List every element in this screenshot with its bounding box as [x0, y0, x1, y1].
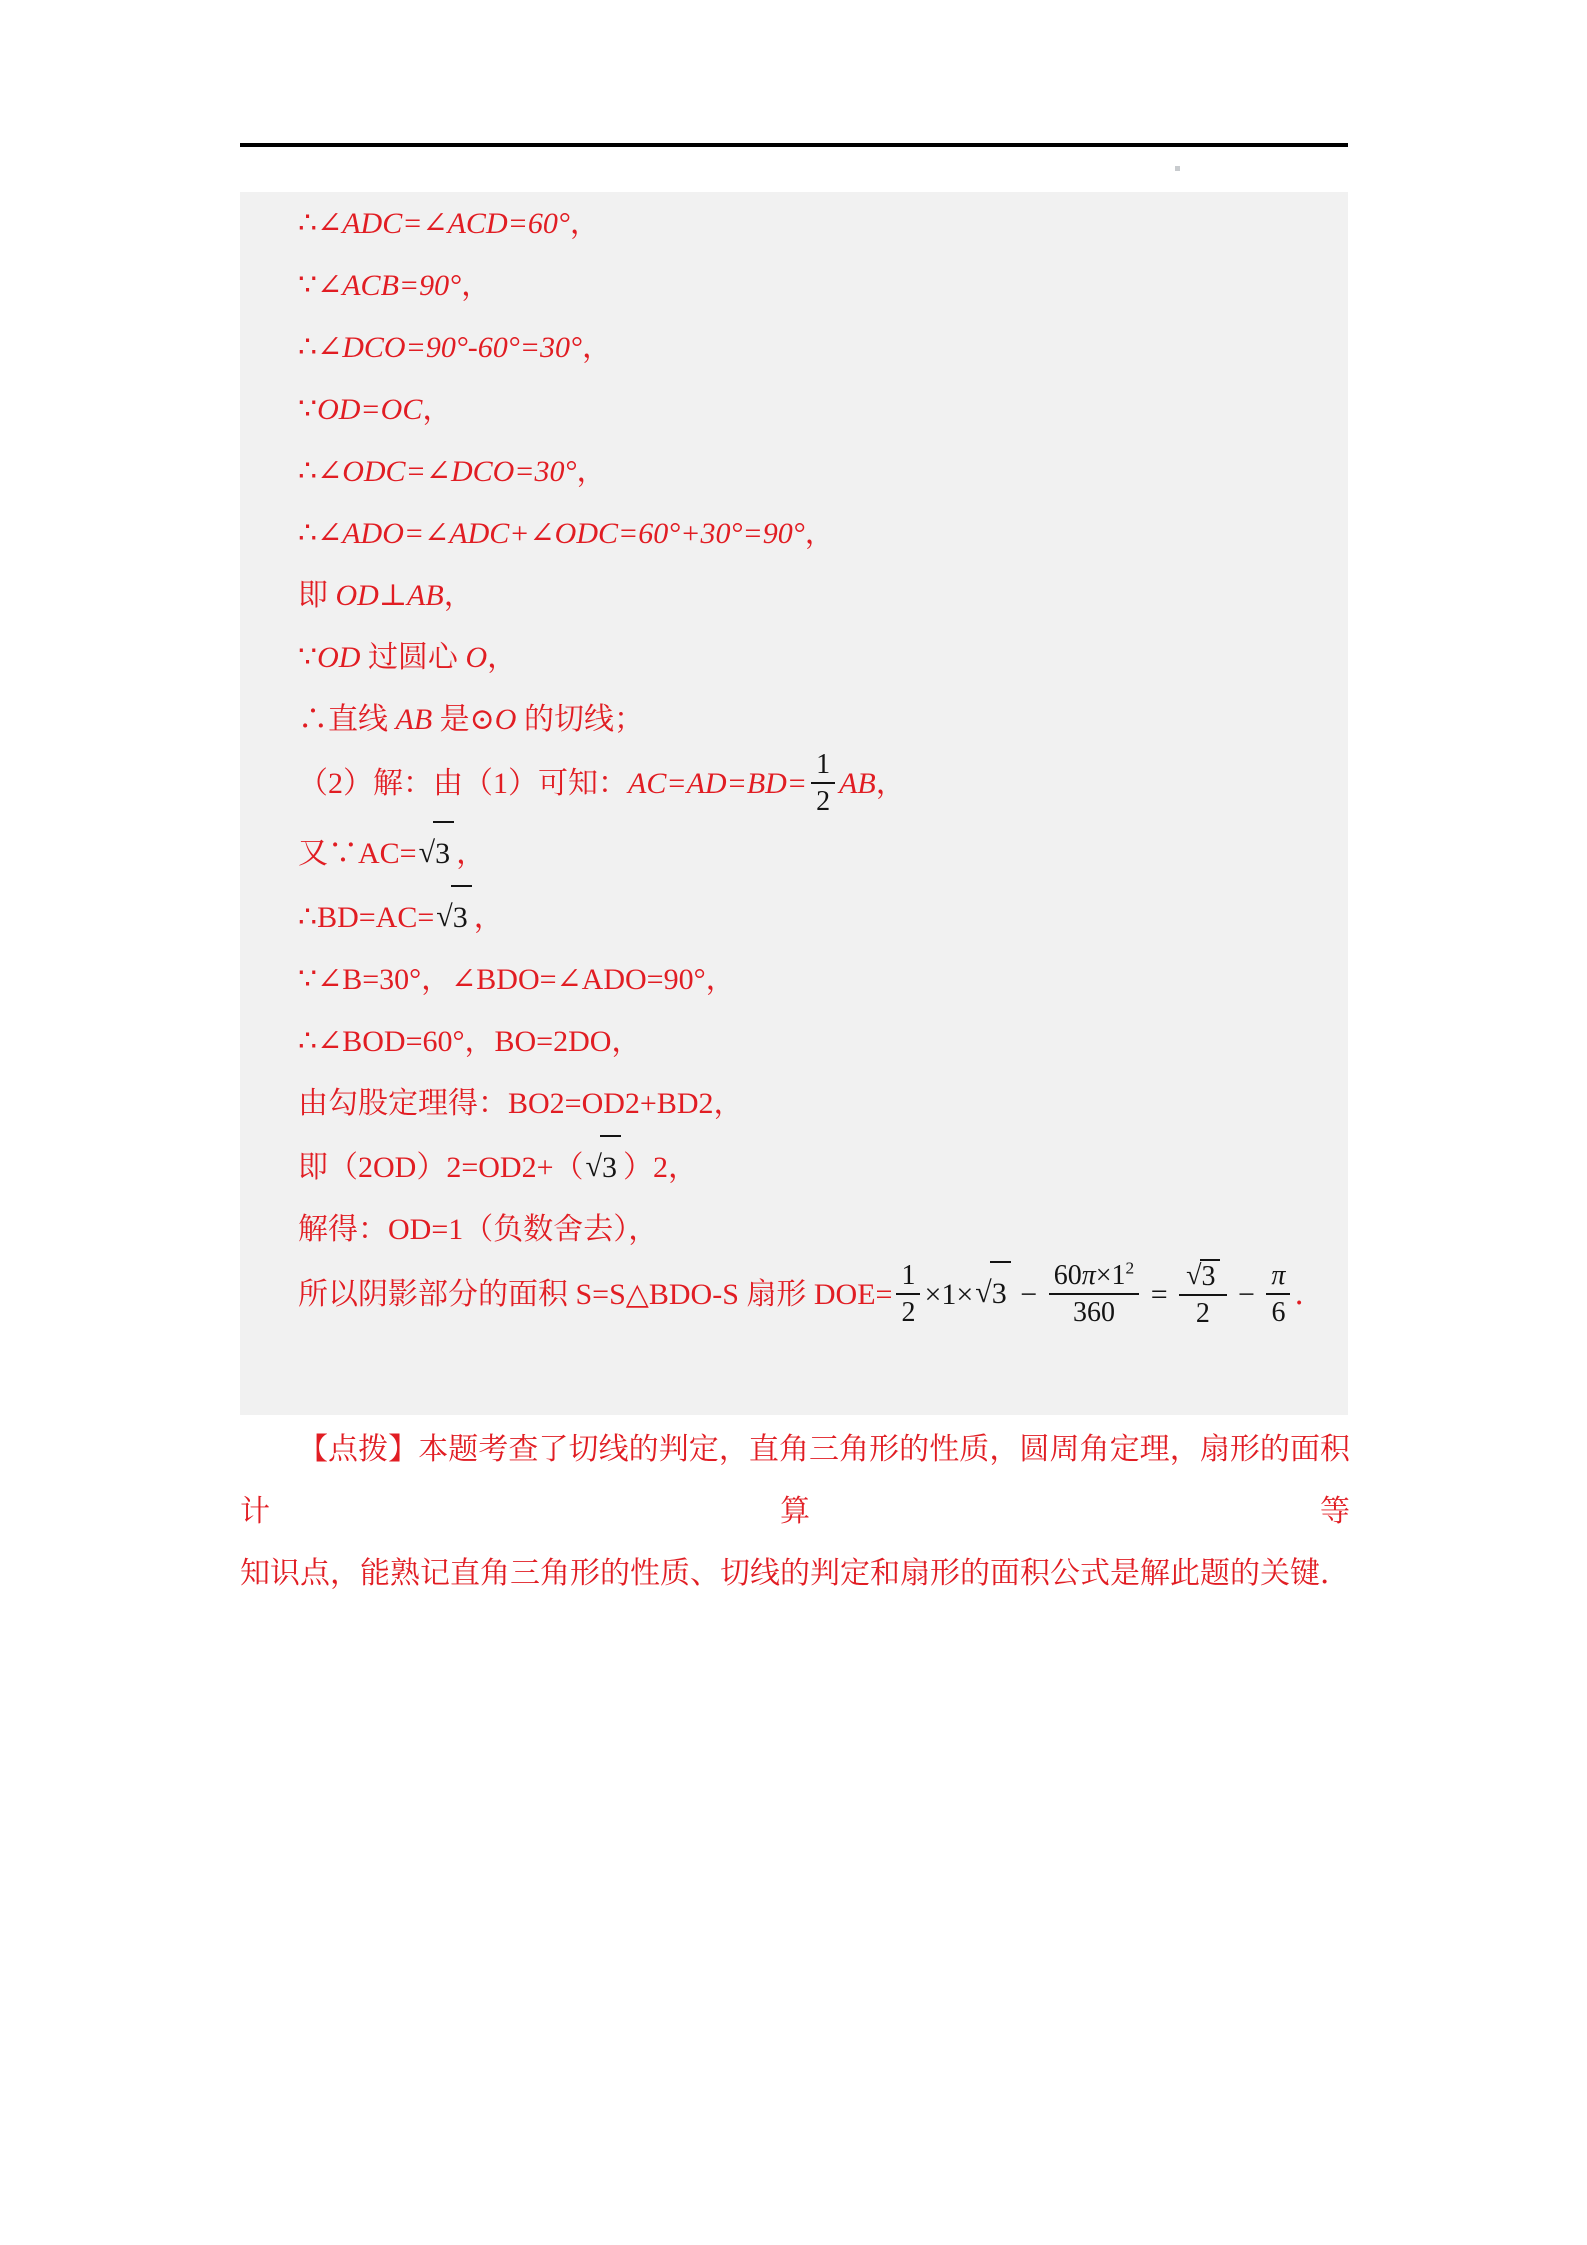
text-run: ）2，: [623, 1151, 698, 1184]
text-run: ∴: [298, 207, 317, 240]
text-run: ∵: [298, 269, 317, 302]
text-run: ，: [805, 517, 835, 550]
fraction: √32: [1179, 1258, 1226, 1330]
solution-line: ∴BD=AC=√3，: [298, 885, 1338, 949]
text-run: ．: [1294, 1277, 1324, 1310]
solution-line: 解得：OD=1（负数舍去），: [298, 1199, 1338, 1261]
text-run: 过圆心: [360, 641, 465, 674]
text-run: ，: [461, 269, 491, 302]
solution-line: ∵∠B=30°，∠BDO=∠ADO=90°，: [298, 949, 1338, 1011]
text-run: 2: [816, 786, 830, 817]
text-run: ，: [422, 393, 452, 426]
text-run: （2）解：由（1）可知：: [298, 767, 628, 800]
fraction: 12: [896, 1259, 920, 1329]
text-run: 60: [1054, 1260, 1082, 1291]
text-run: ∴: [298, 331, 317, 364]
top-horizontal-rule: [240, 143, 1348, 147]
text-run: 由勾股定理得：BO2=OD2+BD2，: [298, 1087, 744, 1120]
text-run: ，: [876, 767, 906, 800]
solution-line: 即（2OD）2=OD2+（√3）2，: [298, 1135, 1338, 1199]
text-run: 1: [816, 749, 830, 780]
solution-line: 又∵AC=√3，: [298, 821, 1338, 885]
hint-line: 【点拨】本题考查了切线的判定，直角三角形的性质，圆周角定理，扇形的面积计算等: [240, 1419, 1350, 1543]
text-run: π: [1271, 1260, 1285, 1291]
text-run: ，: [577, 455, 607, 488]
square-root: √3: [436, 885, 471, 949]
text-run: OD: [317, 641, 360, 674]
fraction: 12: [811, 748, 835, 818]
hint-line: 知识点，能熟记直角三角形的性质、切线的判定和扇形的面积公式是解此题的关键．: [240, 1543, 1350, 1605]
square-root: √3: [975, 1261, 1010, 1325]
text-run: 6: [1271, 1297, 1285, 1328]
square-root: √3: [586, 1135, 621, 1199]
text-run: 2: [901, 1297, 915, 1328]
text-run: ×1: [1096, 1260, 1126, 1291]
text-run: ∴BD=AC=: [298, 901, 434, 934]
text-run: ∠ODC=∠DCO=30°: [317, 455, 576, 488]
solution-line: ∴∠ADC=∠ACD=60°，: [298, 193, 1338, 255]
text-run: 3: [453, 901, 468, 934]
text-run: O: [465, 641, 487, 674]
text-run: ，: [444, 579, 474, 612]
text-run: OD=OC: [317, 393, 422, 426]
text-run: ∴∠BOD=60°，BO=2DO，: [298, 1025, 641, 1058]
text-run: AB: [839, 767, 876, 800]
text-run: π: [1082, 1260, 1096, 1291]
text-run: ∴直线: [298, 703, 396, 736]
solution-line: 由勾股定理得：BO2=OD2+BD2，: [298, 1073, 1338, 1135]
text-run: ∠ACB=90°: [317, 269, 461, 302]
solution-line: ∴∠ODC=∠DCO=30°，: [298, 441, 1338, 503]
text-run: −: [1231, 1277, 1263, 1310]
text-run: ∠ADC=∠ACD=60°: [317, 207, 570, 240]
text-run: =: [1143, 1277, 1175, 1310]
text-run: O: [495, 703, 517, 736]
text-run: ∴: [298, 517, 317, 550]
text-run: ×1×: [924, 1277, 973, 1310]
hint-paragraph: 【点拨】本题考查了切线的判定，直角三角形的性质，圆周角定理，扇形的面积计算等 知…: [240, 1419, 1350, 1605]
text-run: AB: [396, 703, 433, 736]
text-run: ∵: [298, 641, 317, 674]
text-run: ∴: [298, 455, 317, 488]
text-run: ∠DCO=90°-60°=30°: [317, 331, 582, 364]
solution-line: （2）解：由（1）可知：AC=AD=BD=12AB，: [298, 751, 1338, 821]
solution-line: ∵OD 过圆心 O，: [298, 627, 1338, 689]
text-run: ，: [474, 901, 504, 934]
solution-line: ∴∠ADO=∠ADC+∠ODC=60°+30°=90°，: [298, 503, 1338, 565]
fraction: 60π×12360: [1049, 1259, 1140, 1329]
solution-block: ∴∠ADC=∠ACD=60°，∵∠ACB=90°，∴∠DCO=90°-60°=3…: [240, 192, 1348, 1415]
text-run: ∠ADO=∠ADC+∠ODC=60°+30°=90°: [317, 517, 805, 550]
text-run: 2: [1196, 1298, 1210, 1329]
text-run: ∵∠B=30°，∠BDO=∠ADO=90°，: [298, 963, 736, 996]
scan-artifact-dot: [1175, 166, 1180, 171]
text-run: 解得：OD=1（负数舍去），: [298, 1213, 658, 1246]
text-run: OD⊥AB: [336, 579, 444, 612]
solution-line: 即 OD⊥AB，: [298, 565, 1338, 627]
text-run: 3: [435, 837, 450, 870]
text-run: ，: [456, 837, 486, 870]
text-run: 3: [992, 1277, 1007, 1310]
text-run: 是⊙: [432, 703, 495, 736]
solution-line: ∵OD=OC，: [298, 379, 1338, 441]
text-run: 所以阴影部分的面积 S=S△BDO-S 扇形 DOE=: [298, 1277, 892, 1310]
text-run: 即: [298, 579, 336, 612]
text-run: ，: [487, 641, 517, 674]
text-run: 又∵AC=: [298, 837, 417, 870]
text-run: 的切线；: [516, 703, 644, 736]
text-run: ，: [582, 331, 612, 364]
solution-line: ∴∠DCO=90°-60°=30°，: [298, 317, 1338, 379]
text-run: 1: [901, 1260, 915, 1291]
solution-line: ∴直线 AB 是⊙O 的切线；: [298, 689, 1338, 751]
solution-line: ∴∠BOD=60°，BO=2DO，: [298, 1011, 1338, 1073]
text-run: −: [1013, 1277, 1045, 1310]
text-run: 即（2OD）2=OD2+（: [298, 1151, 584, 1184]
text-run: AC=AD=BD=: [628, 767, 807, 800]
square-root: √3: [1186, 1259, 1219, 1292]
page: { "colors": { "red": "#e11d23", "formula…: [0, 0, 1587, 2245]
solution-line: ∵∠ACB=90°，: [298, 255, 1338, 317]
text-run: ∵: [298, 393, 317, 426]
solution-line: 所以阴影部分的面积 S=S△BDO-S 扇形 DOE=12×1×√3 − 60π…: [298, 1261, 1338, 1333]
text-run: 360: [1073, 1297, 1115, 1328]
text-run: 3: [602, 1151, 617, 1184]
square-root: √3: [419, 821, 454, 885]
fraction: π6: [1266, 1259, 1290, 1329]
text-run: ，: [570, 207, 600, 240]
text-run: 3: [1202, 1261, 1216, 1292]
superscript: 2: [1126, 1258, 1135, 1277]
